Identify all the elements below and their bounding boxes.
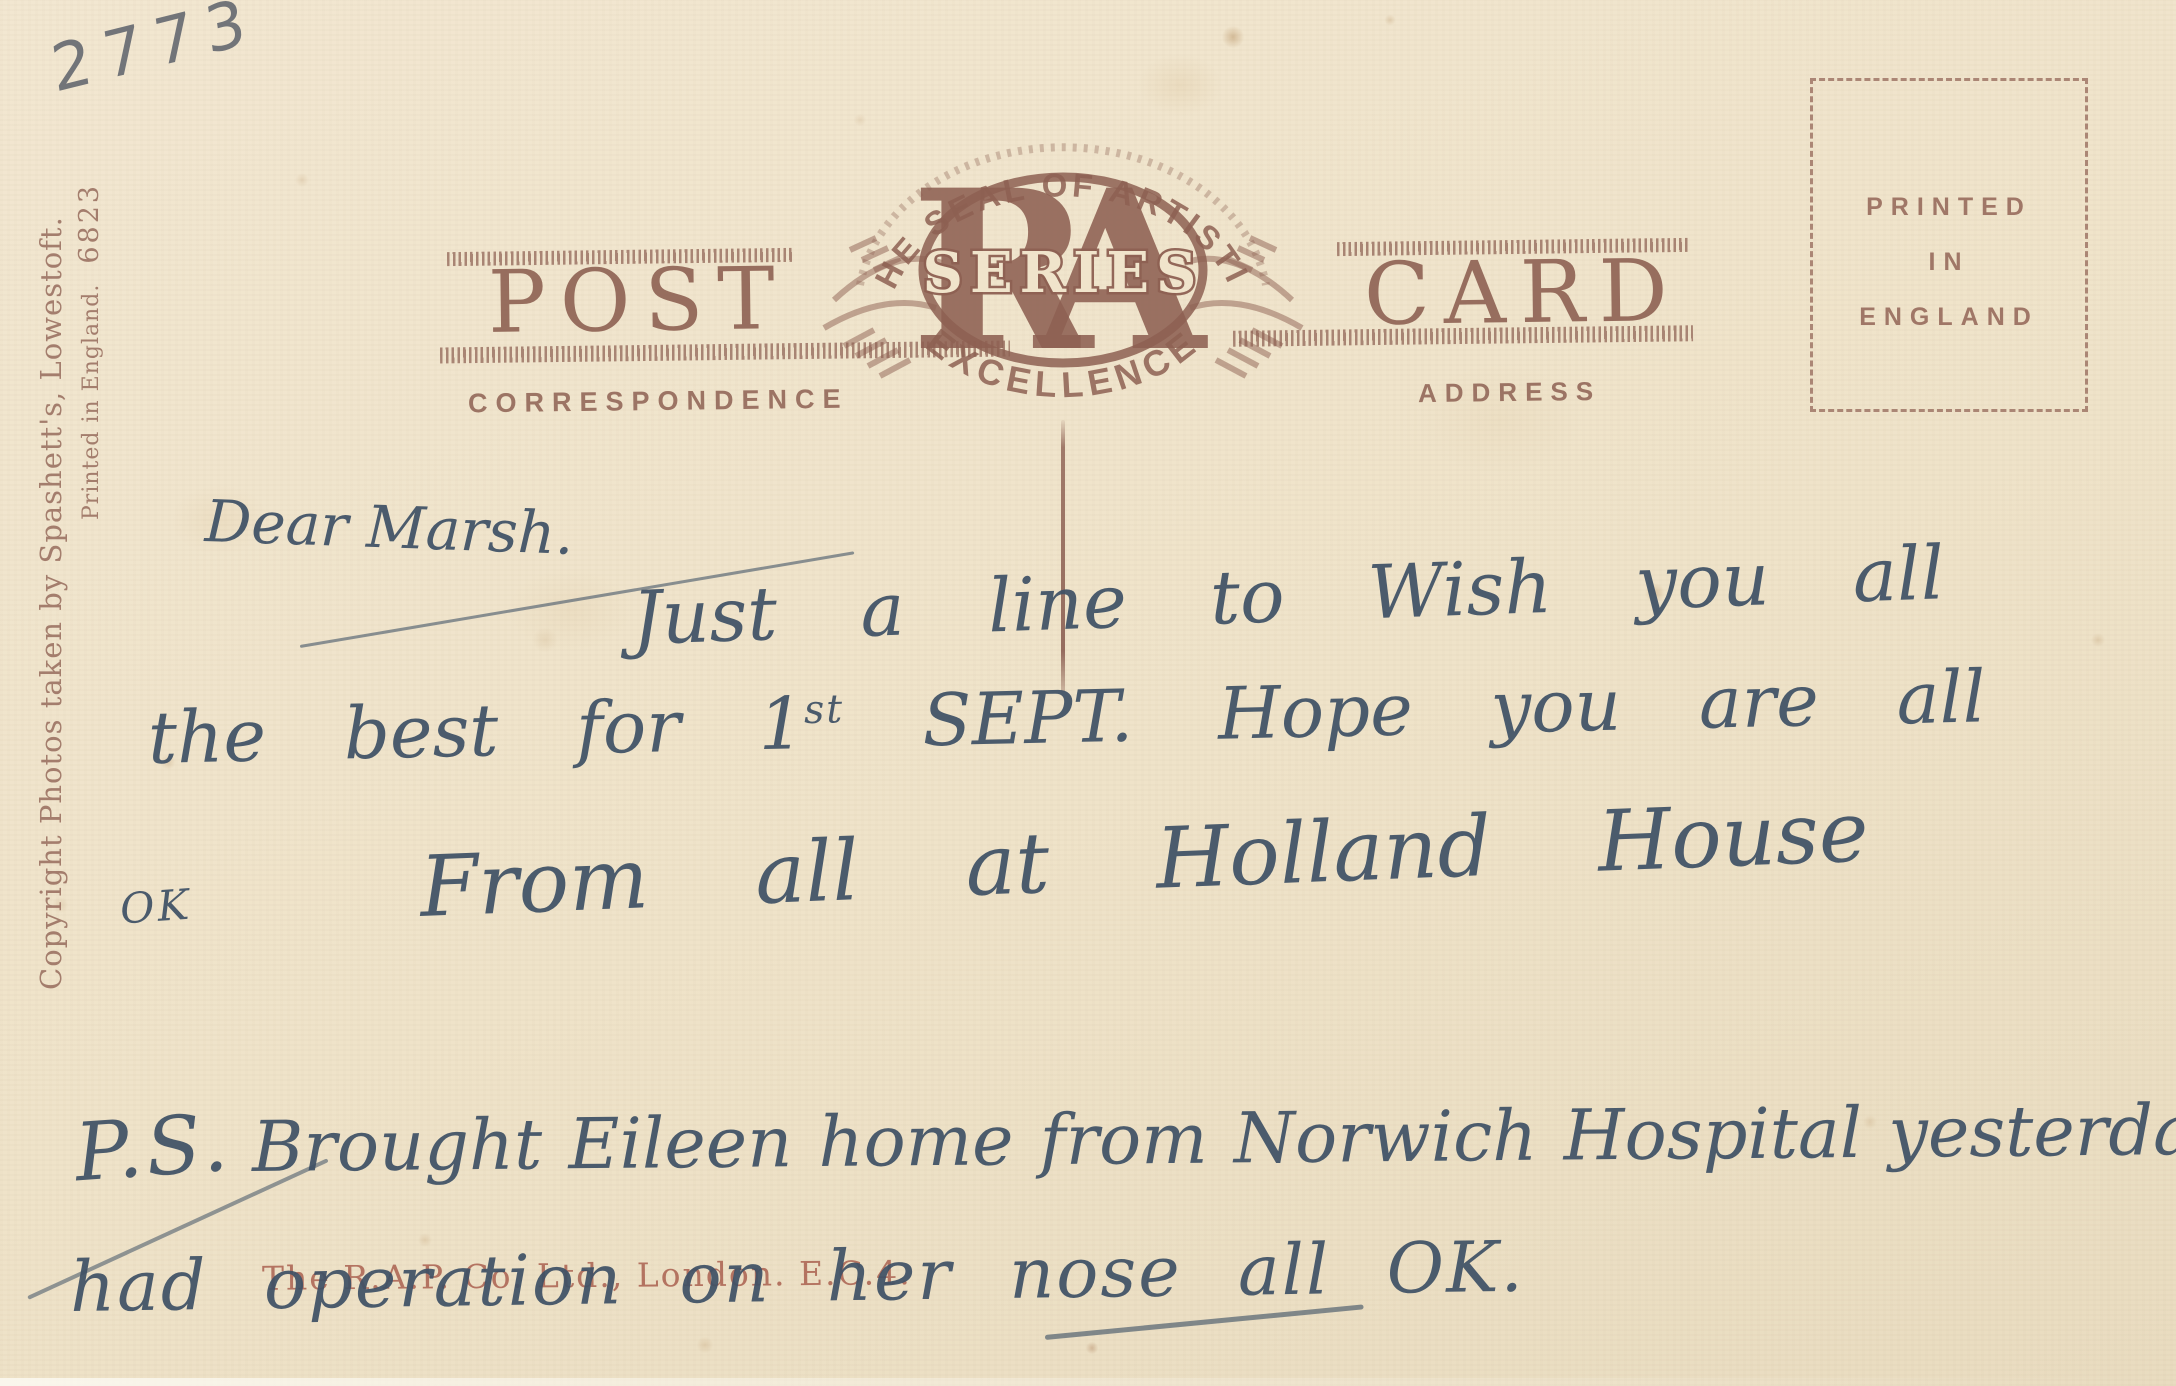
stamp-box: PRINTED IN ENGLAND — [1810, 78, 2088, 412]
publisher-imprint: Copyright Photos taken by Spashett's, Lo… — [34, 160, 134, 990]
message-line-1: Just a line to Wish you all — [631, 536, 1946, 656]
seal-series-band: SERIES — [923, 240, 1204, 306]
correspondence-label: CORRESPONDENCE — [468, 384, 849, 420]
post-label: POST — [487, 256, 789, 346]
message-line-2a: the best for 1 — [147, 681, 805, 780]
message-ok: OK — [119, 884, 194, 931]
message-line-2c: Hope you are all — [1217, 654, 1987, 755]
message-ps-line-2: had operation on her nose all OK. — [70, 1232, 1526, 1322]
address-label: ADDRESS — [1418, 376, 1602, 409]
stamp-box-line-1: PRINTED — [1813, 193, 2085, 222]
message-ps-line-1: Brought Eileen home from Norwich Hospita… — [252, 1095, 2176, 1182]
postcard-back: { "colors": { "paper": "#efe3c9", "print… — [0, 0, 2176, 1386]
message-salutation: Dear Marsh. — [204, 492, 575, 563]
scan-edge — [0, 1378, 2176, 1386]
ra-series-seal: THE SEAL OF ARTISTIC R A SERIES EXCELLEN… — [820, 100, 1340, 430]
message-line-3: From all at Holland House — [418, 789, 1870, 929]
negative-number: 6823 — [74, 183, 105, 264]
publisher-line1: Copyright Photos taken by Spashett's, Lo… — [34, 160, 68, 990]
message-line-2: the best for 1st SEPT.Hope you are all — [147, 660, 1986, 774]
correspondence-address-divider — [1061, 420, 1065, 692]
message-ps: P.S. — [72, 1103, 234, 1194]
stamp-box-line-2: IN — [1813, 248, 2085, 277]
stamp-box-line-3: ENGLAND — [1813, 303, 2085, 332]
card-label: CARD — [1363, 248, 1682, 338]
publisher-line2: Printed in England. — [79, 284, 104, 520]
message-line-2-superscript: st — [803, 686, 844, 733]
pencil-number: 2773 — [47, 0, 262, 108]
message-line-2b: SEPT. — [843, 674, 1133, 765]
